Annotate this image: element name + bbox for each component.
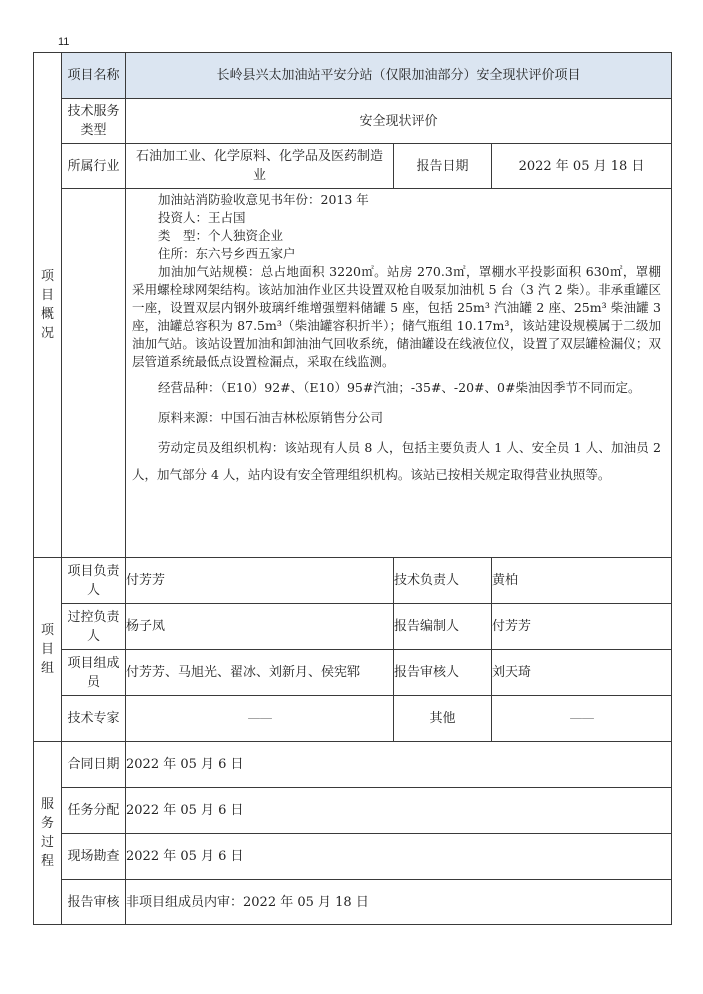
- sp-label: 合同日期: [62, 742, 126, 788]
- row-task-assign: 任务分配 2022 年 05 月 6 日: [34, 788, 672, 834]
- sp-value: 2022 年 05 月 6 日: [126, 834, 672, 880]
- pg-left-value: 付芳芳: [126, 558, 394, 604]
- industry-value: 石油加工业、化学原料、化学品及医药制造业: [126, 144, 394, 189]
- row-team-members: 项目组成员 付芳芳、马旭光、翟冰、刘新月、侯宪郓 报告审核人 刘天琦: [34, 650, 672, 696]
- pg-left-label: 项目负责人: [62, 558, 126, 604]
- project-group-cell: 项目组: [34, 558, 62, 742]
- page-number: 11: [58, 36, 69, 48]
- sp-label: 报告审核: [62, 880, 126, 925]
- overview-investor: 投资人：王占国: [132, 209, 661, 227]
- project-group-section-label: 项目组: [41, 621, 55, 678]
- sp-value: 2022 年 05 月 6 日: [126, 788, 672, 834]
- row-tech-expert: 技术专家 —— 其他 ——: [34, 696, 672, 742]
- pg-left-label: 项目组成员: [62, 650, 126, 696]
- industry-label: 所属行业: [62, 144, 126, 189]
- service-type-label: 技术服务类型: [62, 99, 126, 144]
- pg-left-label: 技术专家: [62, 696, 126, 742]
- service-process-section-label: 服务过程: [41, 795, 55, 871]
- pg-right-value: 付芳芳: [492, 604, 672, 650]
- project-summary-table: 项目概况 项目名称 长岭县兴太加油站平安分站（仅限加油部分）安全现状评价项目 技…: [33, 52, 672, 925]
- pg-right-label: 报告审核人: [394, 650, 492, 696]
- row-project-name: 项目概况 项目名称 长岭县兴太加油站平安分站（仅限加油部分）安全现状评价项目: [34, 53, 672, 99]
- report-date-label: 报告日期: [394, 144, 492, 189]
- overview-section-label: 项目概况: [41, 267, 55, 343]
- pg-right-label: 其他: [394, 696, 492, 742]
- pg-right-value: 刘天琦: [492, 650, 672, 696]
- overview-scale: 加油加气站规模：总占地面积 3220㎡。站房 270.3㎡，罩棚水平投影面积 6…: [132, 263, 661, 371]
- overview-fire-year: 加油站消防验收意见书年份：2013 年: [132, 191, 661, 209]
- row-contract-date: 服务过程 合同日期 2022 年 05 月 6 日: [34, 742, 672, 788]
- overview-source: 原料来源：中国石油吉林松原销售分公司: [132, 404, 661, 431]
- sp-value: 2022 年 05 月 6 日: [126, 742, 672, 788]
- row-site-survey: 现场勘查 2022 年 05 月 6 日: [34, 834, 672, 880]
- service-type-value: 安全现状评价: [126, 99, 672, 144]
- pg-right-label: 技术负责人: [394, 558, 492, 604]
- row-industry: 所属行业 石油加工业、化学原料、化学品及医药制造业 报告日期 2022 年 05…: [34, 144, 672, 189]
- row-report-review: 报告审核 非项目组成员内审：2022 年 05 月 18 日: [34, 880, 672, 925]
- overview-staff: 劳动定员及组织机构：该站现有人员 8 人，包括主要负责人 1 人、安全员 1 人…: [132, 434, 661, 488]
- sp-label: 任务分配: [62, 788, 126, 834]
- overview-content: 加油站消防验收意见书年份：2013 年 投资人：王占国 类 型：个人独资企业 住…: [126, 189, 672, 558]
- row-service-type: 技术服务类型 安全现状评价: [34, 99, 672, 144]
- project-name-label: 项目名称: [62, 53, 126, 99]
- pg-left-value: 付芳芳、马旭光、翟冰、刘新月、侯宪郓: [126, 650, 394, 696]
- pg-right-value: ——: [492, 696, 672, 742]
- overview-type: 类 型：个人独资企业: [132, 227, 661, 245]
- pg-right-label: 报告编制人: [394, 604, 492, 650]
- pg-left-label: 过控负责人: [62, 604, 126, 650]
- overview-group-cell: 项目概况: [34, 53, 62, 558]
- sp-label: 现场勘查: [62, 834, 126, 880]
- row-overview: 加油站消防验收意见书年份：2013 年 投资人：王占国 类 型：个人独资企业 住…: [34, 189, 672, 558]
- row-project-lead: 项目组 项目负责人 付芳芳 技术负责人 黄柏: [34, 558, 672, 604]
- service-process-cell: 服务过程: [34, 742, 62, 925]
- row-process-lead: 过控负责人 杨子凤 报告编制人 付芳芳: [34, 604, 672, 650]
- project-name-value: 长岭县兴太加油站平安分站（仅限加油部分）安全现状评价项目: [126, 53, 672, 99]
- pg-left-value: ——: [126, 696, 394, 742]
- overview-address: 住所：东六号乡西五家户: [132, 245, 661, 263]
- overview-products: 经营品种：（E10）92#、（E10）95#汽油；-35#、-20#、0#柴油因…: [132, 374, 661, 401]
- report-date-value: 2022 年 05 月 18 日: [492, 144, 672, 189]
- sp-value: 非项目组成员内审：2022 年 05 月 18 日: [126, 880, 672, 925]
- overview-empty-label: [62, 189, 126, 558]
- pg-right-value: 黄柏: [492, 558, 672, 604]
- pg-left-value: 杨子凤: [126, 604, 394, 650]
